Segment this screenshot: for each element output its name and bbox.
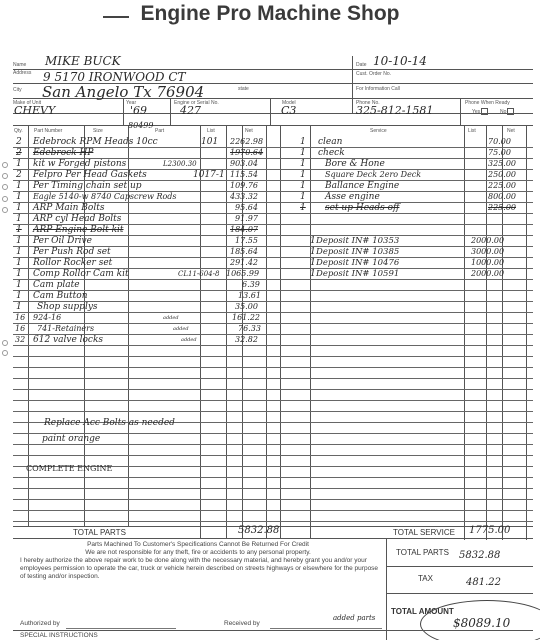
- total-service-label: TOTAL SERVICE: [393, 528, 455, 537]
- qty-header: Qty.: [14, 128, 23, 134]
- name-label: Name: [13, 62, 26, 68]
- description: 612 valve locks: [33, 334, 103, 346]
- no-checkbox[interactable]: [507, 108, 514, 115]
- authorized-by-label: Authorized by: [20, 620, 60, 628]
- cust-order-label: Cust. Order No.: [356, 71, 406, 77]
- total-parts-label: TOTAL PARTS: [73, 528, 126, 537]
- grid-row-line: [13, 378, 533, 379]
- grid-row-line: [13, 411, 533, 412]
- description: Deposit IN# 10591: [316, 268, 399, 280]
- make-value: CHEVY: [14, 104, 55, 117]
- received-note: added parts: [333, 614, 375, 622]
- divider: [123, 99, 124, 126]
- note-paint: paint orange: [42, 434, 100, 444]
- address-value: 9 5170 IRONWOOD CT: [43, 70, 186, 84]
- phone-value: 325-812-1581: [356, 104, 433, 117]
- customer-name: MIKE BUCK: [45, 54, 121, 68]
- tax-label: TAX: [418, 574, 433, 583]
- no-label: No: [500, 109, 506, 115]
- total-parts-value: 5832.88: [238, 525, 279, 536]
- disclaimer-return: Parts Machined To Customer's Specificati…: [13, 541, 383, 549]
- divider: [170, 99, 171, 126]
- engine-value: 427: [180, 104, 201, 117]
- divider: [270, 99, 271, 126]
- disclaimer-authorization: I hereby authorize the above repair work…: [20, 557, 382, 581]
- binder-hole: [2, 162, 8, 168]
- part-header: Part: [155, 128, 164, 134]
- received-by-line[interactable]: [270, 628, 382, 629]
- grid-row-line: [13, 510, 533, 511]
- divider: [460, 99, 461, 126]
- for-info-label: For Information Call: [356, 86, 416, 92]
- binder-hole: [2, 196, 8, 202]
- received-by-label: Received by: [224, 620, 260, 628]
- divider: [352, 56, 353, 114]
- divider: [386, 566, 533, 567]
- authorized-by-line[interactable]: [66, 628, 176, 629]
- grid-row-line: [13, 455, 533, 456]
- total-service-value: 1775.00: [469, 525, 510, 536]
- yes-label: Yes: [472, 109, 480, 115]
- parts-row: 32 612 valve locks added 32.82: [13, 334, 538, 347]
- special-instructions-label: SPECIAL INSTRUCTIONS: [20, 632, 98, 640]
- binder-hole: [2, 207, 8, 213]
- phone-ready-yes[interactable]: Yes: [472, 108, 488, 115]
- phone-ready-label: Phone When Ready: [465, 100, 510, 106]
- address-label: Address: [13, 70, 31, 76]
- part-note: 80499: [128, 121, 153, 130]
- date-value: 10-10-14: [373, 54, 427, 68]
- binder-hole: [2, 350, 8, 356]
- qty: 1: [310, 268, 316, 280]
- binder-hole: [2, 173, 8, 179]
- grid-row-line: [13, 389, 533, 390]
- grid-row-line: [13, 367, 533, 368]
- grid-row-line: [13, 356, 533, 357]
- divider: [13, 630, 533, 631]
- description: set up Heads off: [325, 202, 399, 214]
- divider: [13, 125, 533, 126]
- shop-name: Engine Pro Machine Shop: [0, 2, 540, 26]
- model-value: C3: [281, 104, 296, 117]
- service-header: Service: [370, 128, 387, 134]
- summary-total-parts-label: TOTAL PARTS: [396, 548, 449, 557]
- qty: 1: [300, 202, 306, 214]
- grid-row-line: [13, 488, 533, 489]
- binder-hole: [2, 340, 8, 346]
- year-value: '69: [130, 104, 147, 117]
- grid-row-line: [13, 477, 533, 478]
- divider: [13, 113, 533, 114]
- grid-row-line: [13, 499, 533, 500]
- part-number-header: Part Number: [34, 128, 62, 134]
- state-label: state: [238, 86, 249, 92]
- qty: 32: [15, 334, 25, 346]
- divider: [386, 538, 387, 640]
- city-label: City: [13, 87, 22, 93]
- net: 32.82: [235, 334, 258, 346]
- summary-total-parts-value: 5832.88: [459, 550, 500, 561]
- divider: [13, 538, 533, 539]
- phone-ready-no[interactable]: No: [500, 108, 514, 115]
- grid-row-line: [13, 444, 533, 445]
- disclaimer-liability: We are not responsible for any theft, fi…: [13, 549, 383, 557]
- service-list-header: List: [468, 128, 476, 134]
- service-row: 1 set up Heads off 225.00: [13, 202, 538, 215]
- net: 2000.00: [471, 268, 504, 280]
- grid-row-line: [13, 521, 533, 522]
- yes-checkbox[interactable]: [481, 108, 488, 115]
- service-row: 1 Deposit IN# 10591 2000.00: [13, 268, 538, 281]
- grid-row-line: [13, 400, 533, 401]
- note-replace-bolts: Replace Acc Bolts as needed: [44, 418, 175, 428]
- binder-hole: [2, 184, 8, 190]
- circled-total-mark: [420, 600, 540, 640]
- size-header: Size: [93, 128, 103, 134]
- list-header: List: [207, 128, 215, 134]
- net-header: Net: [245, 128, 253, 134]
- tax-value: 481.22: [466, 577, 501, 588]
- service-net-header: Net: [507, 128, 515, 134]
- net: 225.00: [488, 202, 516, 214]
- part-no: added: [181, 334, 197, 346]
- date-label: Date: [356, 62, 367, 68]
- divider: [386, 593, 533, 594]
- note-complete: COMPLETE ENGINE: [26, 464, 112, 473]
